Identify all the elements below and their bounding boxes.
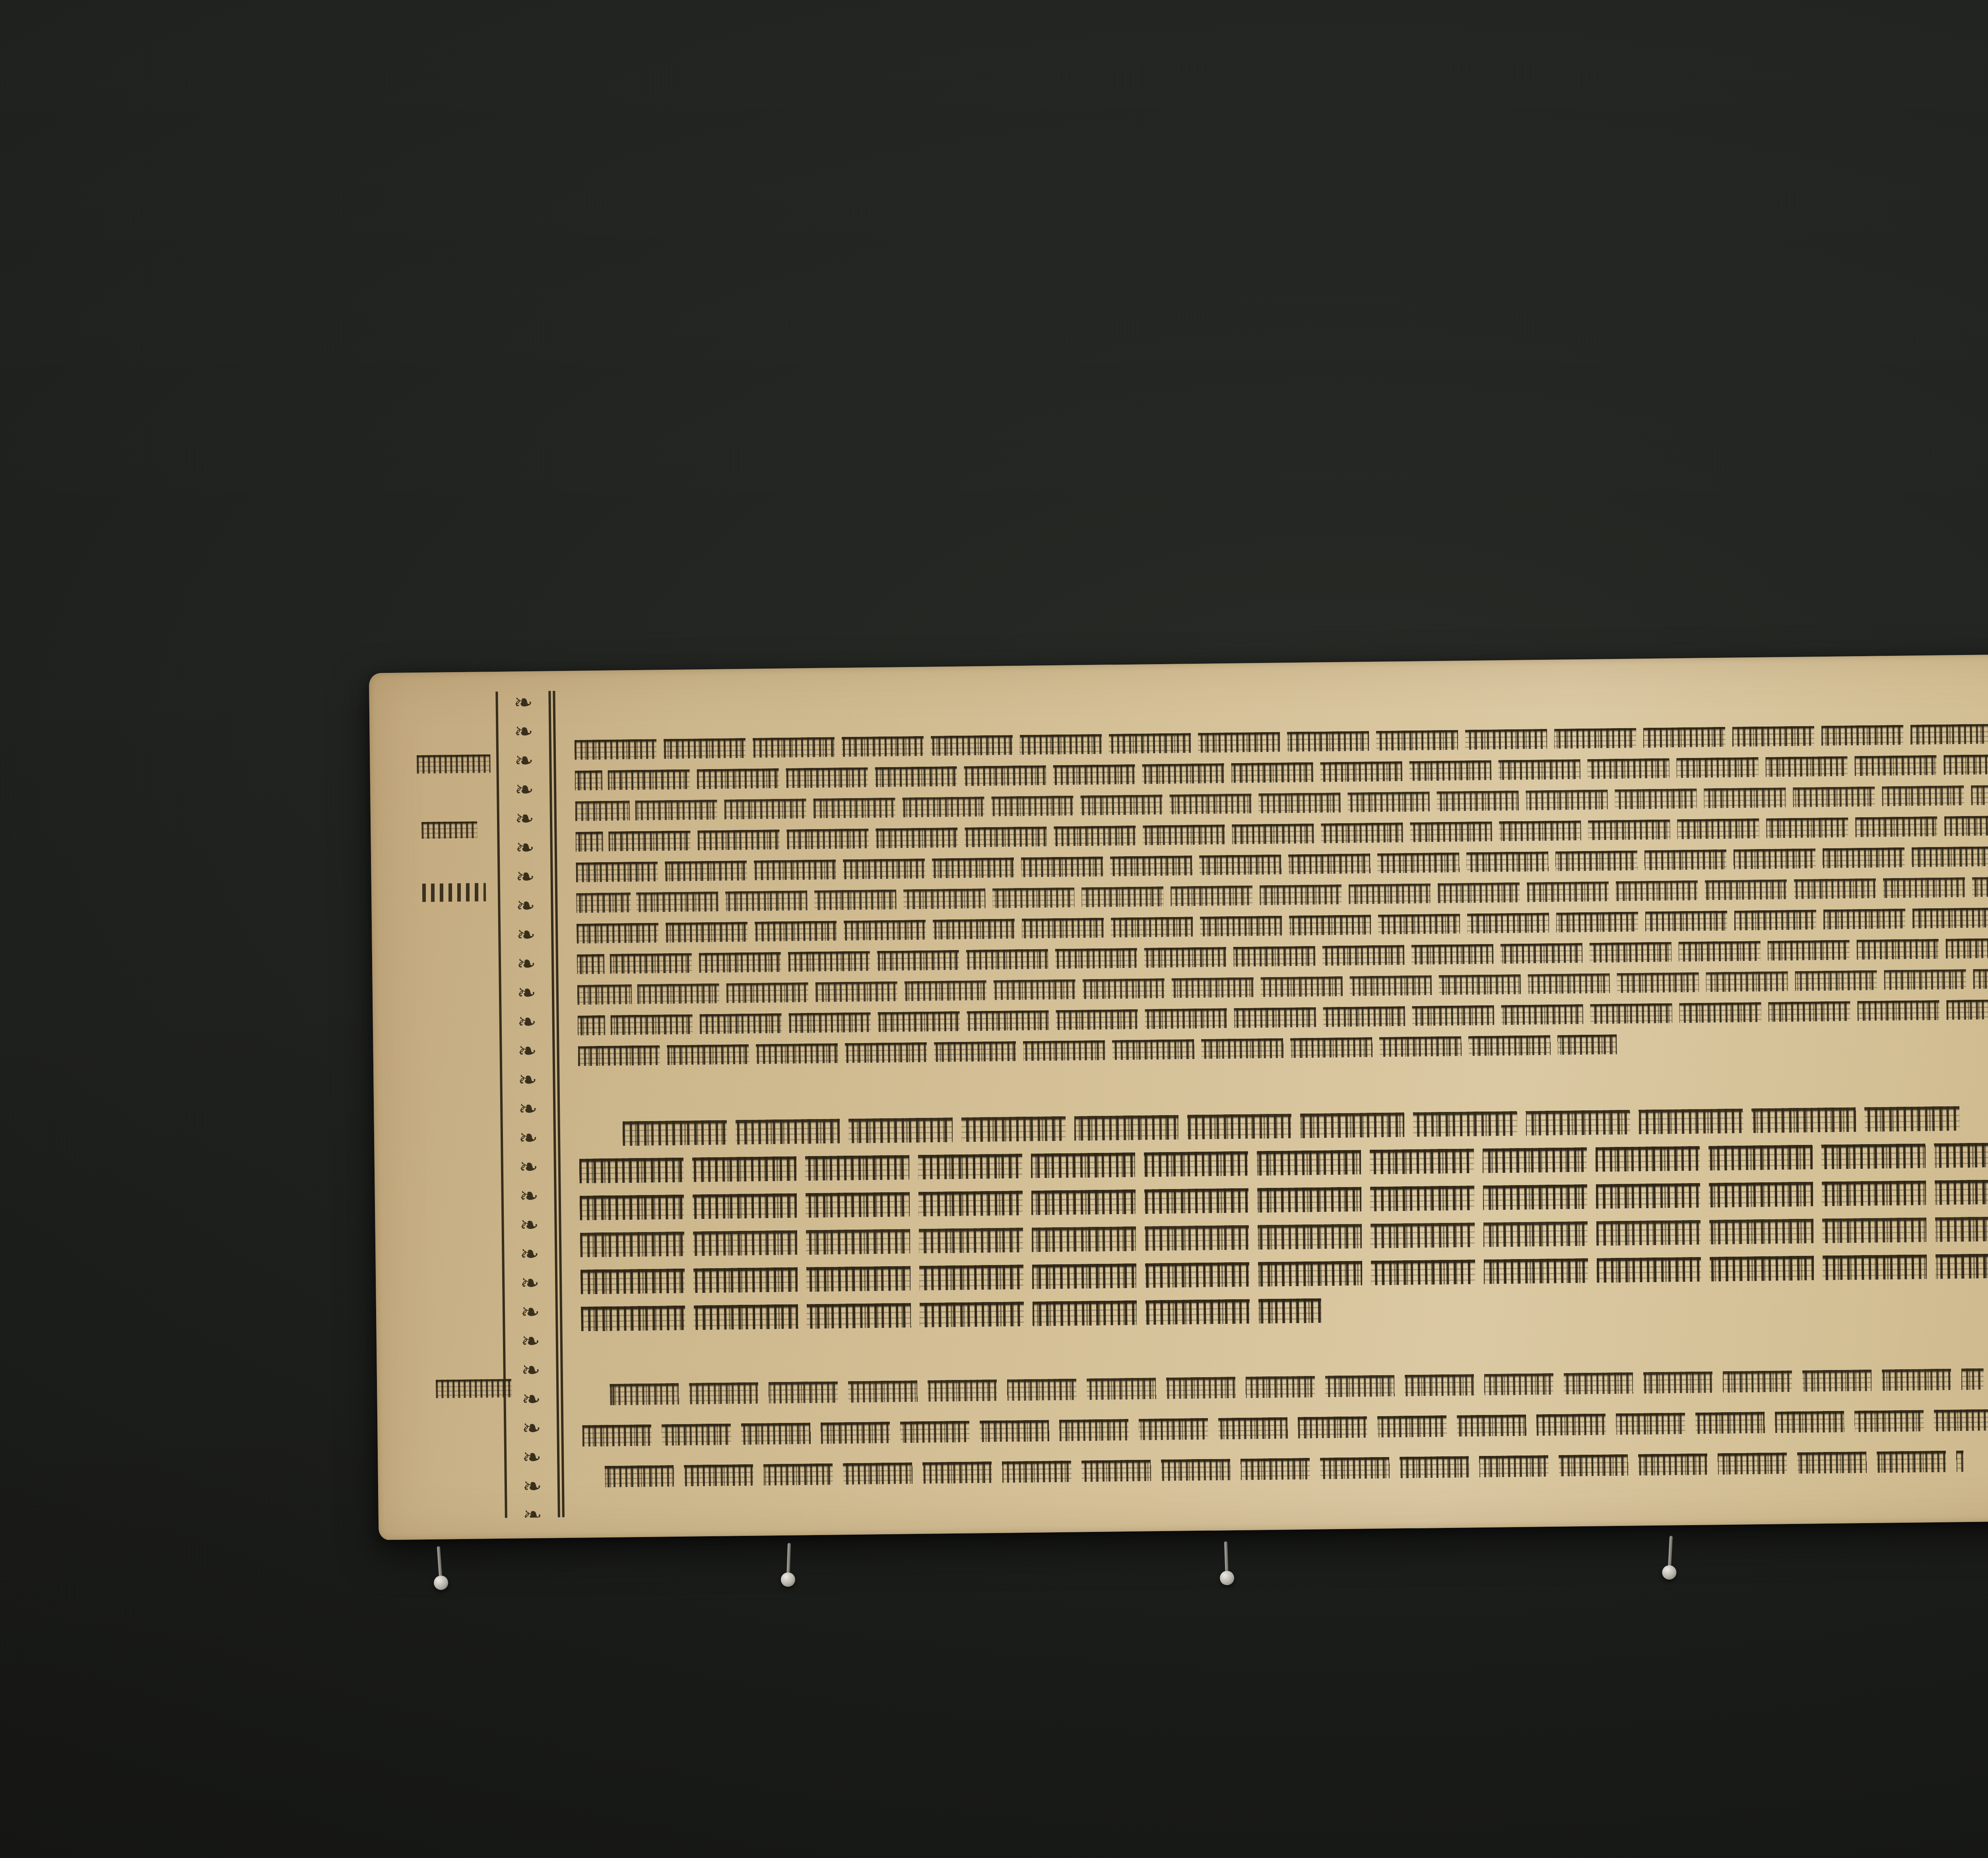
tika-line-3: वमनीषयाध्यवस्यवान्निश्चितवान् ३४ नन्वनुभ…	[575, 785, 1988, 821]
churnika-text: इहसंसारे वासुदेवभक्तिंविना अन्यःशिवःपंथा…	[610, 1371, 1984, 1405]
mula-line-1: नह्यतोऽन्यःशिवःपंथाविशतःसंसृताविह ॥ वासु…	[623, 1106, 1960, 1146]
tika-text: नास्त्येव ३३ कुतएतदतआह भगवान्ब्रह्मा कुट…	[575, 757, 1988, 791]
tika-line-2: नास्त्येव ३३ कुतएतदतआह भगवान्ब्रह्मा कुट…	[575, 754, 1988, 791]
mula-text: न्यतोभवेत् ३४ भगवान्सर्वभूतेषुलक्षितःस्व…	[579, 1146, 1988, 1184]
margin-section-label: टीका	[421, 821, 477, 839]
tika-text: खेनानुमापकैः अनुमितिजनकैः स्वतंत्रश्चकर्…	[576, 849, 1988, 882]
tika-line-11: न्दक्षादीन् २ मायांदुर्गाम् विभावसुमग्नि…	[578, 1034, 1617, 1066]
churnika-line-1: इहसंसारे वासुदेवभक्तिंविना अन्यःशिवःपंथा…	[610, 1368, 1984, 1405]
tika-text: श्रवणादरईर्यते १ इदानीमन्यदेवताभजनस्यापि…	[577, 941, 1988, 974]
churnika-line-2: तच्चरणसरोरुहांतिकंव्रजंति ३७ ॥ ॥ इतिद्वि…	[582, 1409, 1988, 1447]
mula-text: कीर्तितव्यश्चस्मर्तव्योभगवान्नृणाम् ३६ प…	[580, 1183, 1988, 1221]
mula-text: नह्यतोऽन्यःशिवःपंथाविशतःसंसृताविह ॥ वासु…	[623, 1109, 1960, 1146]
tika-text: तदेवद्वेधादर्शयति दृश्यानांजडानांदर्शनंस…	[575, 818, 1988, 852]
mula-line-5: दितंपृष्टवान्यद्भवान्मम ॥ नृणांयन्म्रियम…	[580, 1254, 1988, 1294]
churnika-text: तच्चरणसरोरुहांतिकंव्रजंति ३७ ॥ ॥ इतिद्वि…	[582, 1412, 1988, 1447]
tika-line-8: श्रवणादरईर्यते १ इदानीमन्यदेवताभजनस्यापि…	[577, 938, 1988, 974]
mula-line-3: कीर्तितव्यश्चस्मर्तव्योभगवान्नृणाम् ३६ प…	[580, 1180, 1988, 1221]
text-column: संतिसंसरतःपुंसोबहवोमोक्षमार्गास्तपोयोगाद…	[574, 655, 1988, 1537]
tika-text: न्दक्षादीन् २ मायांदुर्गाम् विभावसुमग्नि…	[578, 1037, 1617, 1066]
tika-line-9: र्तव्यंयद्भवान्पृष्टवान् ) तत्रापियेम्रि…	[577, 969, 1988, 1005]
tika-line-7: रणपद्मांतिकंश्रीविष्णुपदं ( –प्रतीत्यर्थ…	[577, 908, 1988, 944]
tika-text: र्तव्यंयद्भवान्पृष्टवान् ) तत्रापियेम्रि…	[577, 971, 1988, 1005]
tika-text: ब्रह्मवर्चसकामःश्रुताध्ययनसंपत्कामः ) ब्…	[578, 1002, 1988, 1036]
tika-line-6: त्यर्थः ) ३६ श्रवणादिफलमभिनयेनाह पिबंतीत…	[576, 877, 1988, 913]
mounting-pin-1	[431, 1546, 450, 1595]
churnika-text: १ अथब्रह्मवर्चसकामःब्रह्माणंयजेत इंद्रिय…	[605, 1453, 1964, 1487]
margin-folio-left: ॥११॥	[422, 883, 486, 902]
tika-text: रणपद्मांतिकंश्रीविष्णुपदं ( –प्रतीत्यर्थ…	[577, 910, 1988, 944]
tika-text: संतिसंसरतःपुंसोबहवोमोक्षमार्गास्तपोयोगाद…	[575, 726, 1988, 760]
tika-line-10: ब्रह्मवर्चसकामःश्रुताध्ययनसंपत्कामः ) ब्…	[578, 999, 1988, 1036]
mula-line-2: न्यतोभवेत् ३४ भगवान्सर्वभूतेषुलक्षितःस्व…	[579, 1143, 1988, 1184]
churnika-line-3: १ अथब्रह्मवर्चसकामःब्रह्माणंयजेत इंद्रिय…	[604, 1450, 1963, 1487]
tika-line-4: तदेवद्वेधादर्शयति दृश्यानांजडानांदर्शनंस…	[575, 816, 1988, 852]
tika-text: त्यर्थः ) ३६ श्रवणादिफलमभिनयेनाह पिबंतीत…	[576, 879, 1988, 913]
manuscript-page: ❧ ❧ ❧ ❧ ❧ ❧ ❧ ❧ ❧ ❧ ❧ ❧ ❧ ❧ ❧ ❧ ❧ ❧ ❧ ❧ …	[369, 652, 1988, 1540]
margin-gloss-label: चूर्णिका	[436, 1379, 512, 1398]
mula-line-6: देवींमायांतुश्रीकामस्तेजस्कामोविभावसुम् …	[581, 1298, 1322, 1331]
mula-line-4: ॥ ३७ ॥ ॥ इतिश्रीमद्भागवतेद्वितीयस्कंधेपु…	[580, 1217, 1988, 1257]
mounting-pin-2	[780, 1543, 797, 1592]
tika-text: वमनीषयाध्यवस्यवान्निश्चितवान् ३४ नन्वनुभ…	[575, 787, 1988, 821]
tika-line-5: खेनानुमापकैः अनुमितिजनकैः स्वतंत्रश्चकर्…	[576, 846, 1988, 882]
mula-text: ॥ ३७ ॥ ॥ इतिश्रीमद्भागवतेद्वितीयस्कंधेपु…	[580, 1220, 1988, 1257]
mounting-pin-4	[1661, 1535, 1679, 1585]
tika-line-1: संतिसंसरतःपुंसोबहवोमोक्षमार्गास्तपोयोगाद…	[575, 724, 1988, 760]
mula-text: देवींमायांतुश्रीकामस्तेजस्कामोविभावसुम् …	[581, 1301, 1321, 1331]
photo-background: ❧ ❧ ❧ ❧ ❧ ❧ ❧ ❧ ❧ ❧ ❧ ❧ ❧ ❧ ❧ ❧ ❧ ❧ ❧ ❧ …	[0, 0, 1988, 1858]
mounting-pin-3	[1218, 1541, 1235, 1590]
margin-work-label: भा.द्वि.	[417, 754, 491, 774]
mula-text: दितंपृष्टवान्यद्भवान्मम ॥ नृणांयन्म्रियम…	[580, 1257, 1988, 1294]
